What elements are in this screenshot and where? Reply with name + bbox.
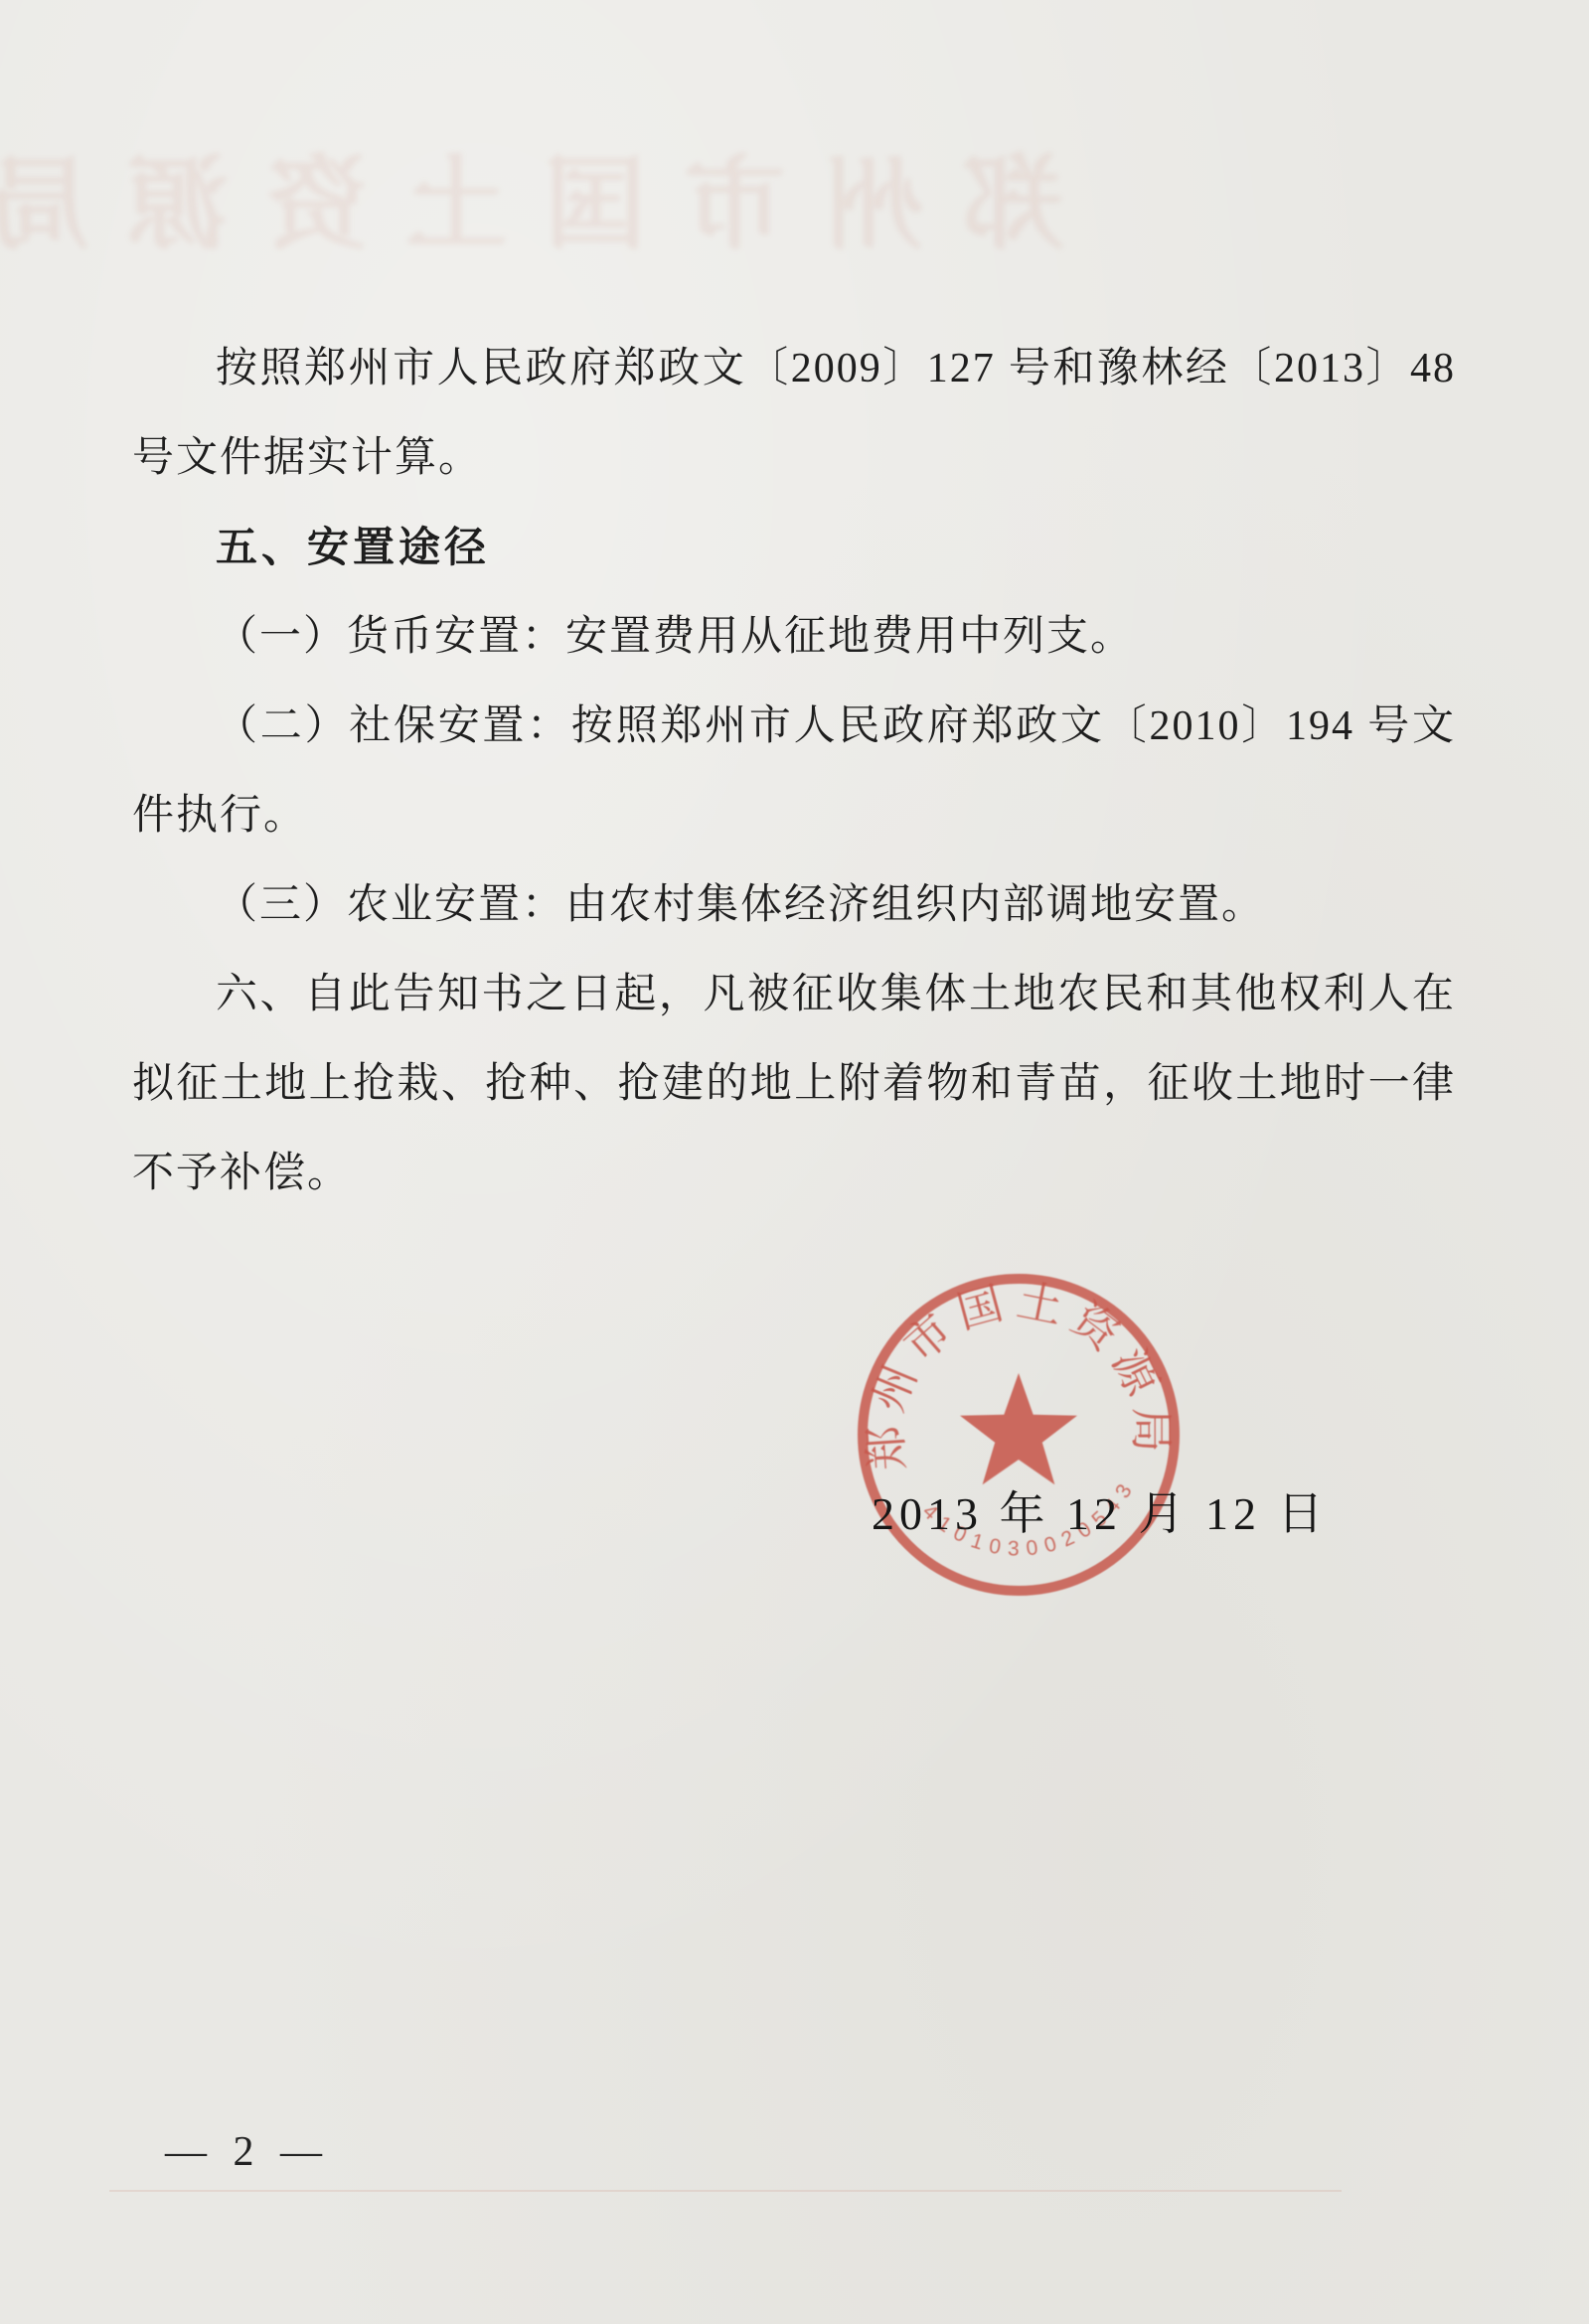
star-icon	[960, 1373, 1077, 1484]
document-body: 按照郑州市人民政府郑政文〔2009〕127 号和豫林经〔2013〕48 号文件据…	[132, 324, 1456, 1218]
paragraph-calculation-basis: 按照郑州市人民政府郑政文〔2009〕127 号和豫林经〔2013〕48 号文件据…	[132, 324, 1456, 503]
section-heading-resettlement: 五、安置途径	[132, 503, 1456, 592]
document-date: 2013 年 12 月 12 日	[872, 1477, 1329, 1543]
paragraph-monetary-resettlement: （一）货币安置：安置费用从征地费用中列支。	[132, 592, 1456, 682]
paragraph-agricultural-resettlement: （三）农业安置：由农村集体经济组织内部调地安置。	[132, 860, 1456, 950]
paragraph-social-security-resettlement: （二）社保安置：按照郑州市人民政府郑政文〔2010〕194 号文件执行。	[132, 682, 1456, 860]
page-number: — 2 —	[165, 2128, 330, 2176]
bleed-through-watermark: 郑州市国土资源局	[109, 124, 1063, 269]
paragraph-no-compensation-notice: 六、自此告知书之日起，凡被征收集体土地农民和其他权利人在拟征土地上抢栽、抢种、抢…	[132, 950, 1456, 1218]
official-seal: 郑州市国土资源局 4101030020543	[840, 1256, 1197, 1614]
scanned-document-page: 郑州市国土资源局 按照郑州市人民政府郑政文〔2009〕127 号和豫林经〔201…	[0, 0, 1589, 2324]
scan-artifact-line	[109, 2190, 1342, 2192]
